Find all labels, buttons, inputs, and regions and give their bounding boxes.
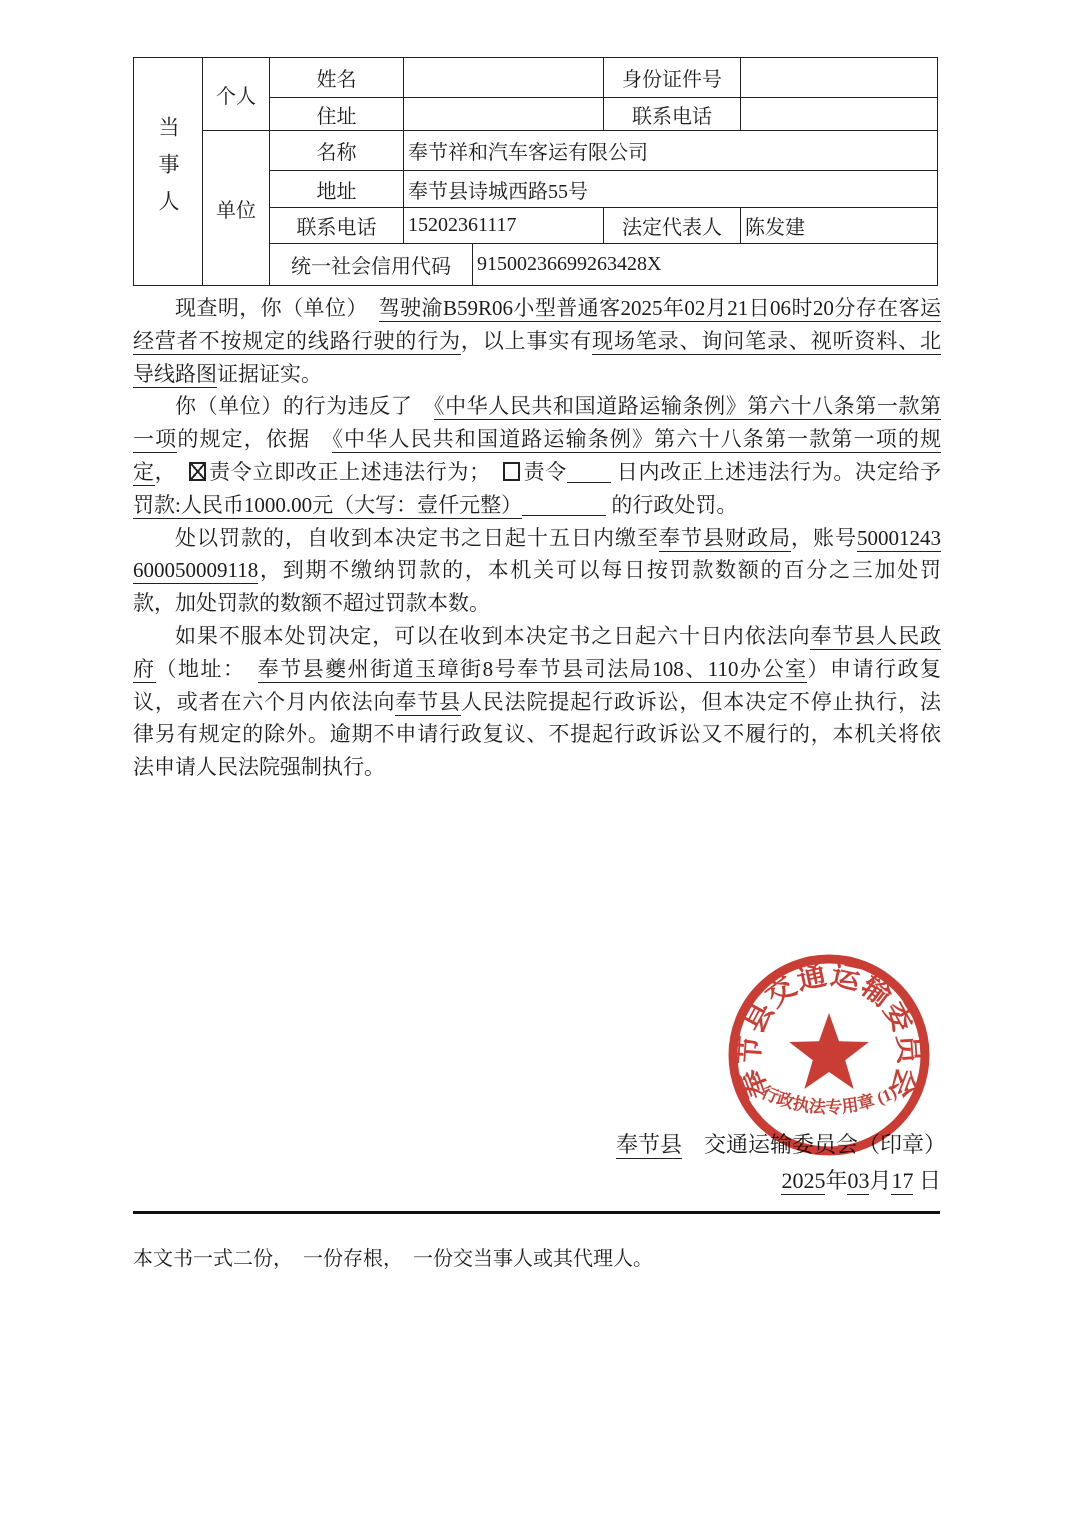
party-info-table: 当事人 个人 姓名 身份证件号 住址 联系电话 单位 名称 奉节祥和汽车客运有限… xyxy=(133,57,938,286)
text-line: 法申请人民法院强制执行。 xyxy=(133,751,941,784)
text-segment: 50001243 xyxy=(857,526,941,552)
text-segment: 奉节县 xyxy=(395,690,461,716)
penalty-decision-document: 当事人 个人 姓名 身份证件号 住址 联系电话 单位 名称 奉节祥和汽车客运有限… xyxy=(0,0,1074,1520)
text-segment: 奉节县 xyxy=(616,1132,682,1159)
text-line: 你（单位）的行为违反了 《中华人民共和国道路运输条例》第六十八条第一款第 xyxy=(133,390,941,423)
text-line: 导线路图证据证实。 xyxy=(133,358,941,391)
text-segment: 日 xyxy=(913,1168,941,1193)
text-segment: 导线路图 xyxy=(133,362,217,388)
text-line: 罚款:人民币1000.00元（大写：壹仟元整） 的行政处罚。 xyxy=(133,489,941,522)
text-segment: ，以上事实有 xyxy=(461,329,592,353)
individual-label: 个人 xyxy=(203,58,270,131)
party-label: 当事人 xyxy=(153,116,183,227)
text-segment: 17 xyxy=(891,1168,913,1195)
text-line: 经营者不按规定的线路行驶的行为，以上事实有现场笔录、询问笔录、视听资料、北 xyxy=(133,325,941,358)
copies-note: 本文书一式二份， 一份存根， 一份交当事人或其代理人。 xyxy=(133,1242,653,1271)
text-segment: ， xyxy=(155,460,188,484)
text-segment: 奉节县财政局 xyxy=(659,526,791,552)
text-segment: 的行政处罚。 xyxy=(606,493,737,517)
text-segment: 年 xyxy=(825,1168,847,1193)
text-line: 600050009118，到期不缴纳罚款的，本机关可以每日按罚款数额的百分之三加… xyxy=(133,554,941,587)
seal-star-icon xyxy=(789,1013,869,1089)
unit-label: 单位 xyxy=(203,131,270,286)
id-label: 身份证件号 xyxy=(604,58,741,98)
text-segment: 你（单位）的行为违反了 xyxy=(175,394,434,418)
text-segment: 府 xyxy=(133,657,156,683)
official-seal: 奉节县交通运输委员会 行政执法专用章 (1) xyxy=(723,948,936,1163)
text-line: 律另有规定的除外。逾期不申请行政复议、不提起行政诉讼又不履行的，本机关将依 xyxy=(133,718,941,751)
blank-underline xyxy=(522,501,606,516)
checkbox-checked-icon xyxy=(189,462,206,481)
text-segment: 现场笔录、询问笔录、视听资料、北 xyxy=(592,329,941,355)
text-segment: 03 xyxy=(847,1168,869,1195)
unit-phone-value: 15202361117 xyxy=(404,208,604,244)
text-segment: 驾驶渝B59R06小型普通客2025年02月21日06时20分存在客运 xyxy=(379,296,941,322)
phone-label: 联系电话 xyxy=(604,98,741,131)
text-line: 府（地址： 奉节县夔州街道玉璋街8号奉节县司法局108、110办公室）申请行政复 xyxy=(133,653,941,686)
text-line: 现查明，你（单位） 驾驶渝B59R06小型普通客2025年02月21日06时20… xyxy=(133,292,941,325)
text-segment: 如果不服本处罚决定，可以在收到本决定书之日起六十日内依法向 xyxy=(175,624,810,648)
text-segment: 定 xyxy=(133,460,155,486)
text-segment: 2025 xyxy=(781,1168,825,1195)
unit-addr-value: 奉节县诗城西路55号 xyxy=(404,171,938,208)
document-body: 现查明，你（单位） 驾驶渝B59R06小型普通客2025年02月21日06时20… xyxy=(133,292,941,784)
credit-code-value: 91500236699263428X xyxy=(473,244,938,286)
text-segment: 经营者不按规定的线路行驶的行为 xyxy=(133,329,461,355)
party-label-cell: 当事人 xyxy=(134,58,203,286)
text-segment: 议，或者在六个月内依法向 xyxy=(133,690,395,714)
text-segment: 责令 xyxy=(523,460,567,484)
text-segment: 奉节县人民政 xyxy=(810,624,941,650)
issue-date: 2025年03月17 日 xyxy=(781,1164,941,1195)
id-value xyxy=(741,58,938,98)
text-segment: 现查明，你（单位） xyxy=(175,296,379,320)
blank-underline xyxy=(567,468,611,483)
text-segment: 的规定，依据 xyxy=(177,427,332,451)
text-line: 处以罚款的，自收到本决定书之日起十五日内缴至奉节县财政局，账号50001243 xyxy=(133,522,941,555)
text-segment: 款，加处罚款的数额不超过罚款本数。 xyxy=(133,591,490,615)
seal-bottom-text: 行政执法专用章 (1) xyxy=(758,1082,899,1117)
text-line: 一项的规定，依据 《中华人民共和国道路运输条例》第六十八条第一款第一项的规 xyxy=(133,423,941,456)
text-segment: 证据证实。 xyxy=(217,362,322,386)
text-segment: 罚款:人民币1000.00元（大写：壹仟元整） xyxy=(133,493,522,519)
legal-rep-label: 法定代表人 xyxy=(604,208,741,244)
text-segment: 《中华人民共和国道路运输条例》第六十八条第一款第一项的规 xyxy=(332,427,941,453)
text-segment: ，账号 xyxy=(791,526,857,550)
text-segment: 责令立即改正上述违法行为； xyxy=(209,460,502,484)
addr-value xyxy=(404,98,604,131)
unit-addr-label: 地址 xyxy=(270,171,404,208)
checkbox-unchecked-icon xyxy=(503,462,520,481)
text-segment: （地址： xyxy=(156,657,258,681)
text-line: 款，加处罚款的数额不超过罚款本数。 xyxy=(133,587,941,620)
text-segment: 奉节县夔州街道玉璋街8号奉节县司法局108、110办公室 xyxy=(258,657,808,683)
text-segment: 《中华人民共和国道路运输条例》第六十八条第一款第 xyxy=(434,394,941,420)
text-segment: 人民法院提起行政诉讼，但本决定不停止执行，法 xyxy=(461,690,941,714)
text-segment: 日内改正上述违法行为。决定给予 xyxy=(611,460,941,484)
name-label: 姓名 xyxy=(270,58,404,98)
unit-phone-label: 联系电话 xyxy=(270,208,404,244)
text-segment: 一项 xyxy=(133,427,177,453)
credit-code-label: 统一社会信用代码 xyxy=(270,244,473,286)
footer-divider xyxy=(133,1211,940,1214)
text-line: 定， 责令立即改正上述违法行为； 责令 日内改正上述违法行为。决定给予 xyxy=(133,456,941,489)
text-segment: ）申请行政复 xyxy=(807,657,941,681)
addr-label: 住址 xyxy=(270,98,404,131)
text-segment: 处以罚款的，自收到本决定书之日起十五日内缴至 xyxy=(175,526,659,550)
legal-rep-value: 陈发建 xyxy=(741,208,938,244)
text-segment: 600050009118 xyxy=(133,558,258,584)
text-segment: 月 xyxy=(869,1168,891,1193)
phone-value xyxy=(741,98,938,131)
text-segment: 律另有规定的除外。逾期不申请行政复议、不提起行政诉讼又不履行的，本机关将依 xyxy=(133,722,941,746)
text-line: 议，或者在六个月内依法向奉节县人民法院提起行政诉讼，但本决定不停止执行，法 xyxy=(133,686,941,719)
text-segment: ，到期不缴纳罚款的，本机关可以每日按罚款数额的百分之三加处罚 xyxy=(258,558,941,582)
name-value xyxy=(404,58,604,98)
unit-name-label: 名称 xyxy=(270,131,404,171)
text-line: 如果不服本处罚决定，可以在收到本决定书之日起六十日内依法向奉节县人民政 xyxy=(133,620,941,653)
text-segment: 法申请人民法院强制执行。 xyxy=(133,755,385,779)
unit-name-value: 奉节祥和汽车客运有限公司 xyxy=(404,131,938,171)
